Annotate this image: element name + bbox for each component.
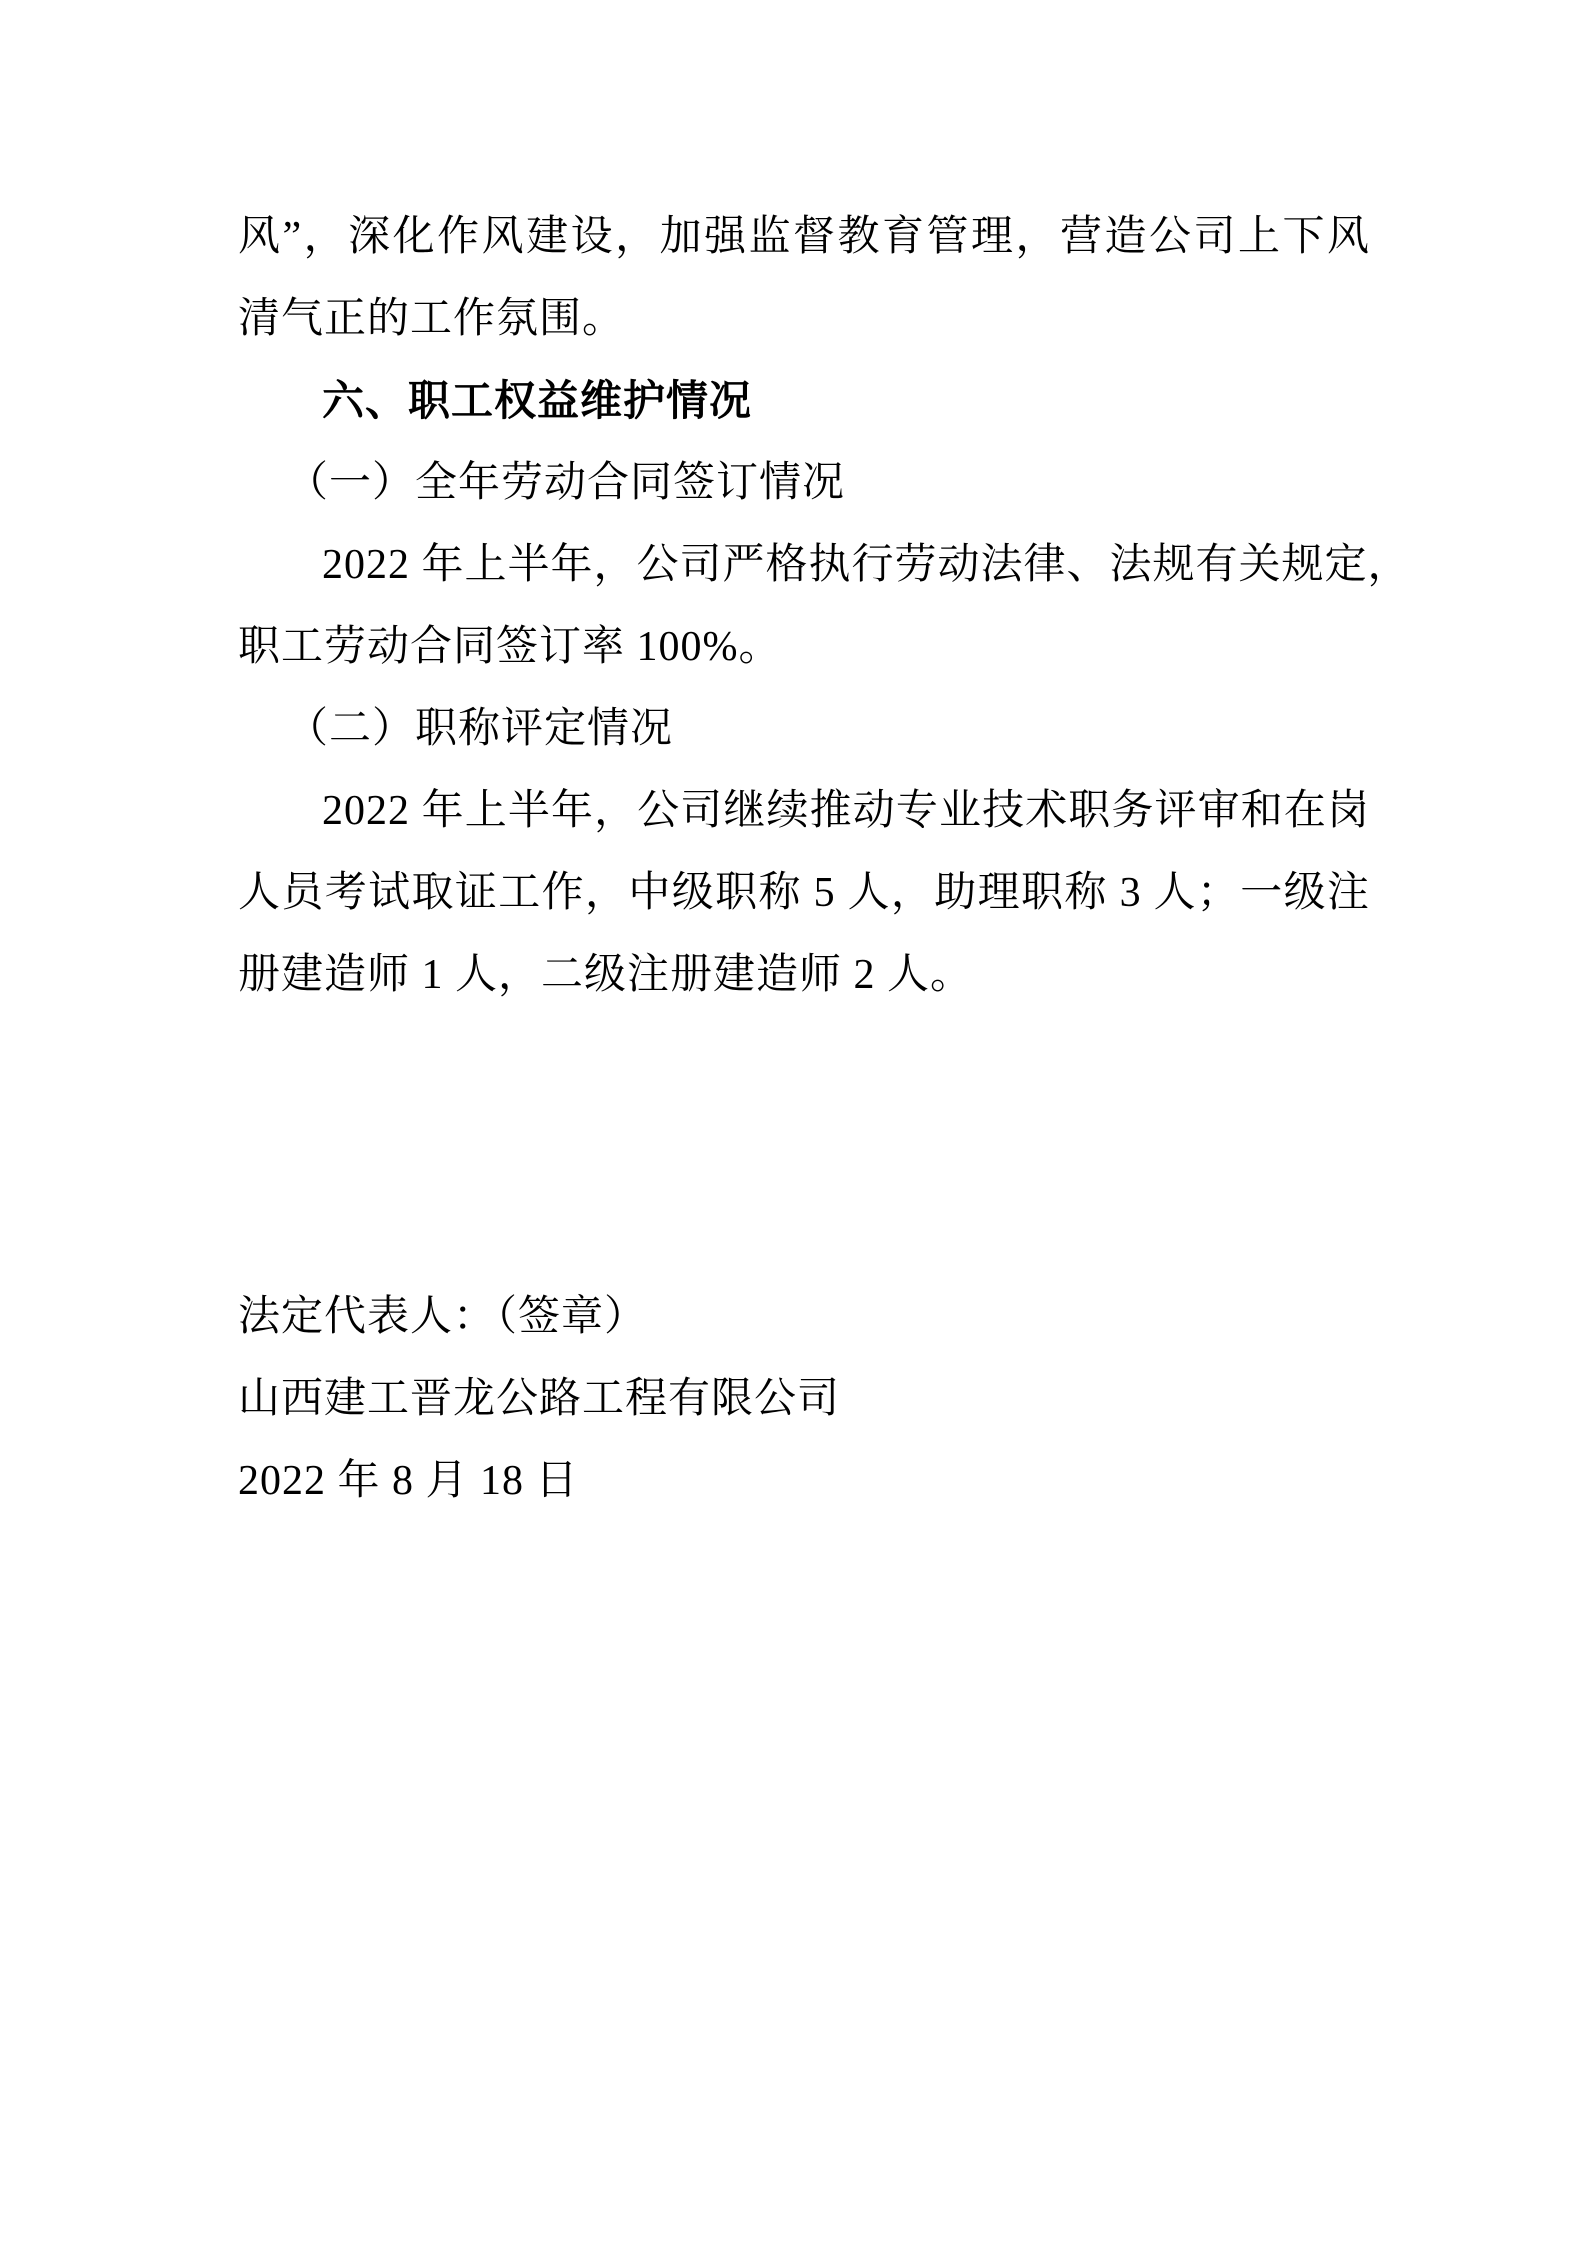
company-name-line: 山西建工晋龙公路工程有限公司 xyxy=(238,1358,1370,1440)
paragraph-title-evaluation-line-1: 2022 年上半年，公司继续推动专业技术职务评审和在岗 xyxy=(238,770,1370,852)
paragraph-labor-contract-line-1: 2022 年上半年，公司严格执行劳动法律、法规有关规定， xyxy=(238,524,1370,606)
date-line: 2022 年 8 月 18 日 xyxy=(238,1440,1370,1522)
paragraph-labor-contract-line-2: 职工劳动合同签订率 100%。 xyxy=(238,606,1370,688)
paragraph-title-evaluation-line-3: 册建造师 1 人，二级注册建造师 2 人。 xyxy=(238,934,1370,1016)
signature-block: 法定代表人：（签章） 山西建工晋龙公路工程有限公司 2022 年 8 月 18 … xyxy=(238,1276,1370,1522)
document-content: 风”，深化作风建设，加强监督教育管理，营造公司上下风 清气正的工作氛围。 六、职… xyxy=(238,196,1370,1522)
paragraph-title-evaluation-line-2: 人员考试取证工作，中级职称 5 人，助理职称 3 人；一级注 xyxy=(238,852,1370,934)
subsection-heading-1: （一）全年劳动合同签订情况 xyxy=(238,442,1370,524)
paragraph-continuation-line-2: 清气正的工作氛围。 xyxy=(238,278,1370,360)
document-page: 风”，深化作风建设，加强监督教育管理，营造公司上下风 清气正的工作氛围。 六、职… xyxy=(0,0,1587,2245)
legal-representative-line: 法定代表人：（签章） xyxy=(238,1276,1370,1358)
paragraph-continuation-line-1: 风”，深化作风建设，加强监督教育管理，营造公司上下风 xyxy=(238,196,1370,278)
section-heading-six: 六、职工权益维护情况 xyxy=(238,360,1370,442)
subsection-heading-2: （二）职称评定情况 xyxy=(238,688,1370,770)
